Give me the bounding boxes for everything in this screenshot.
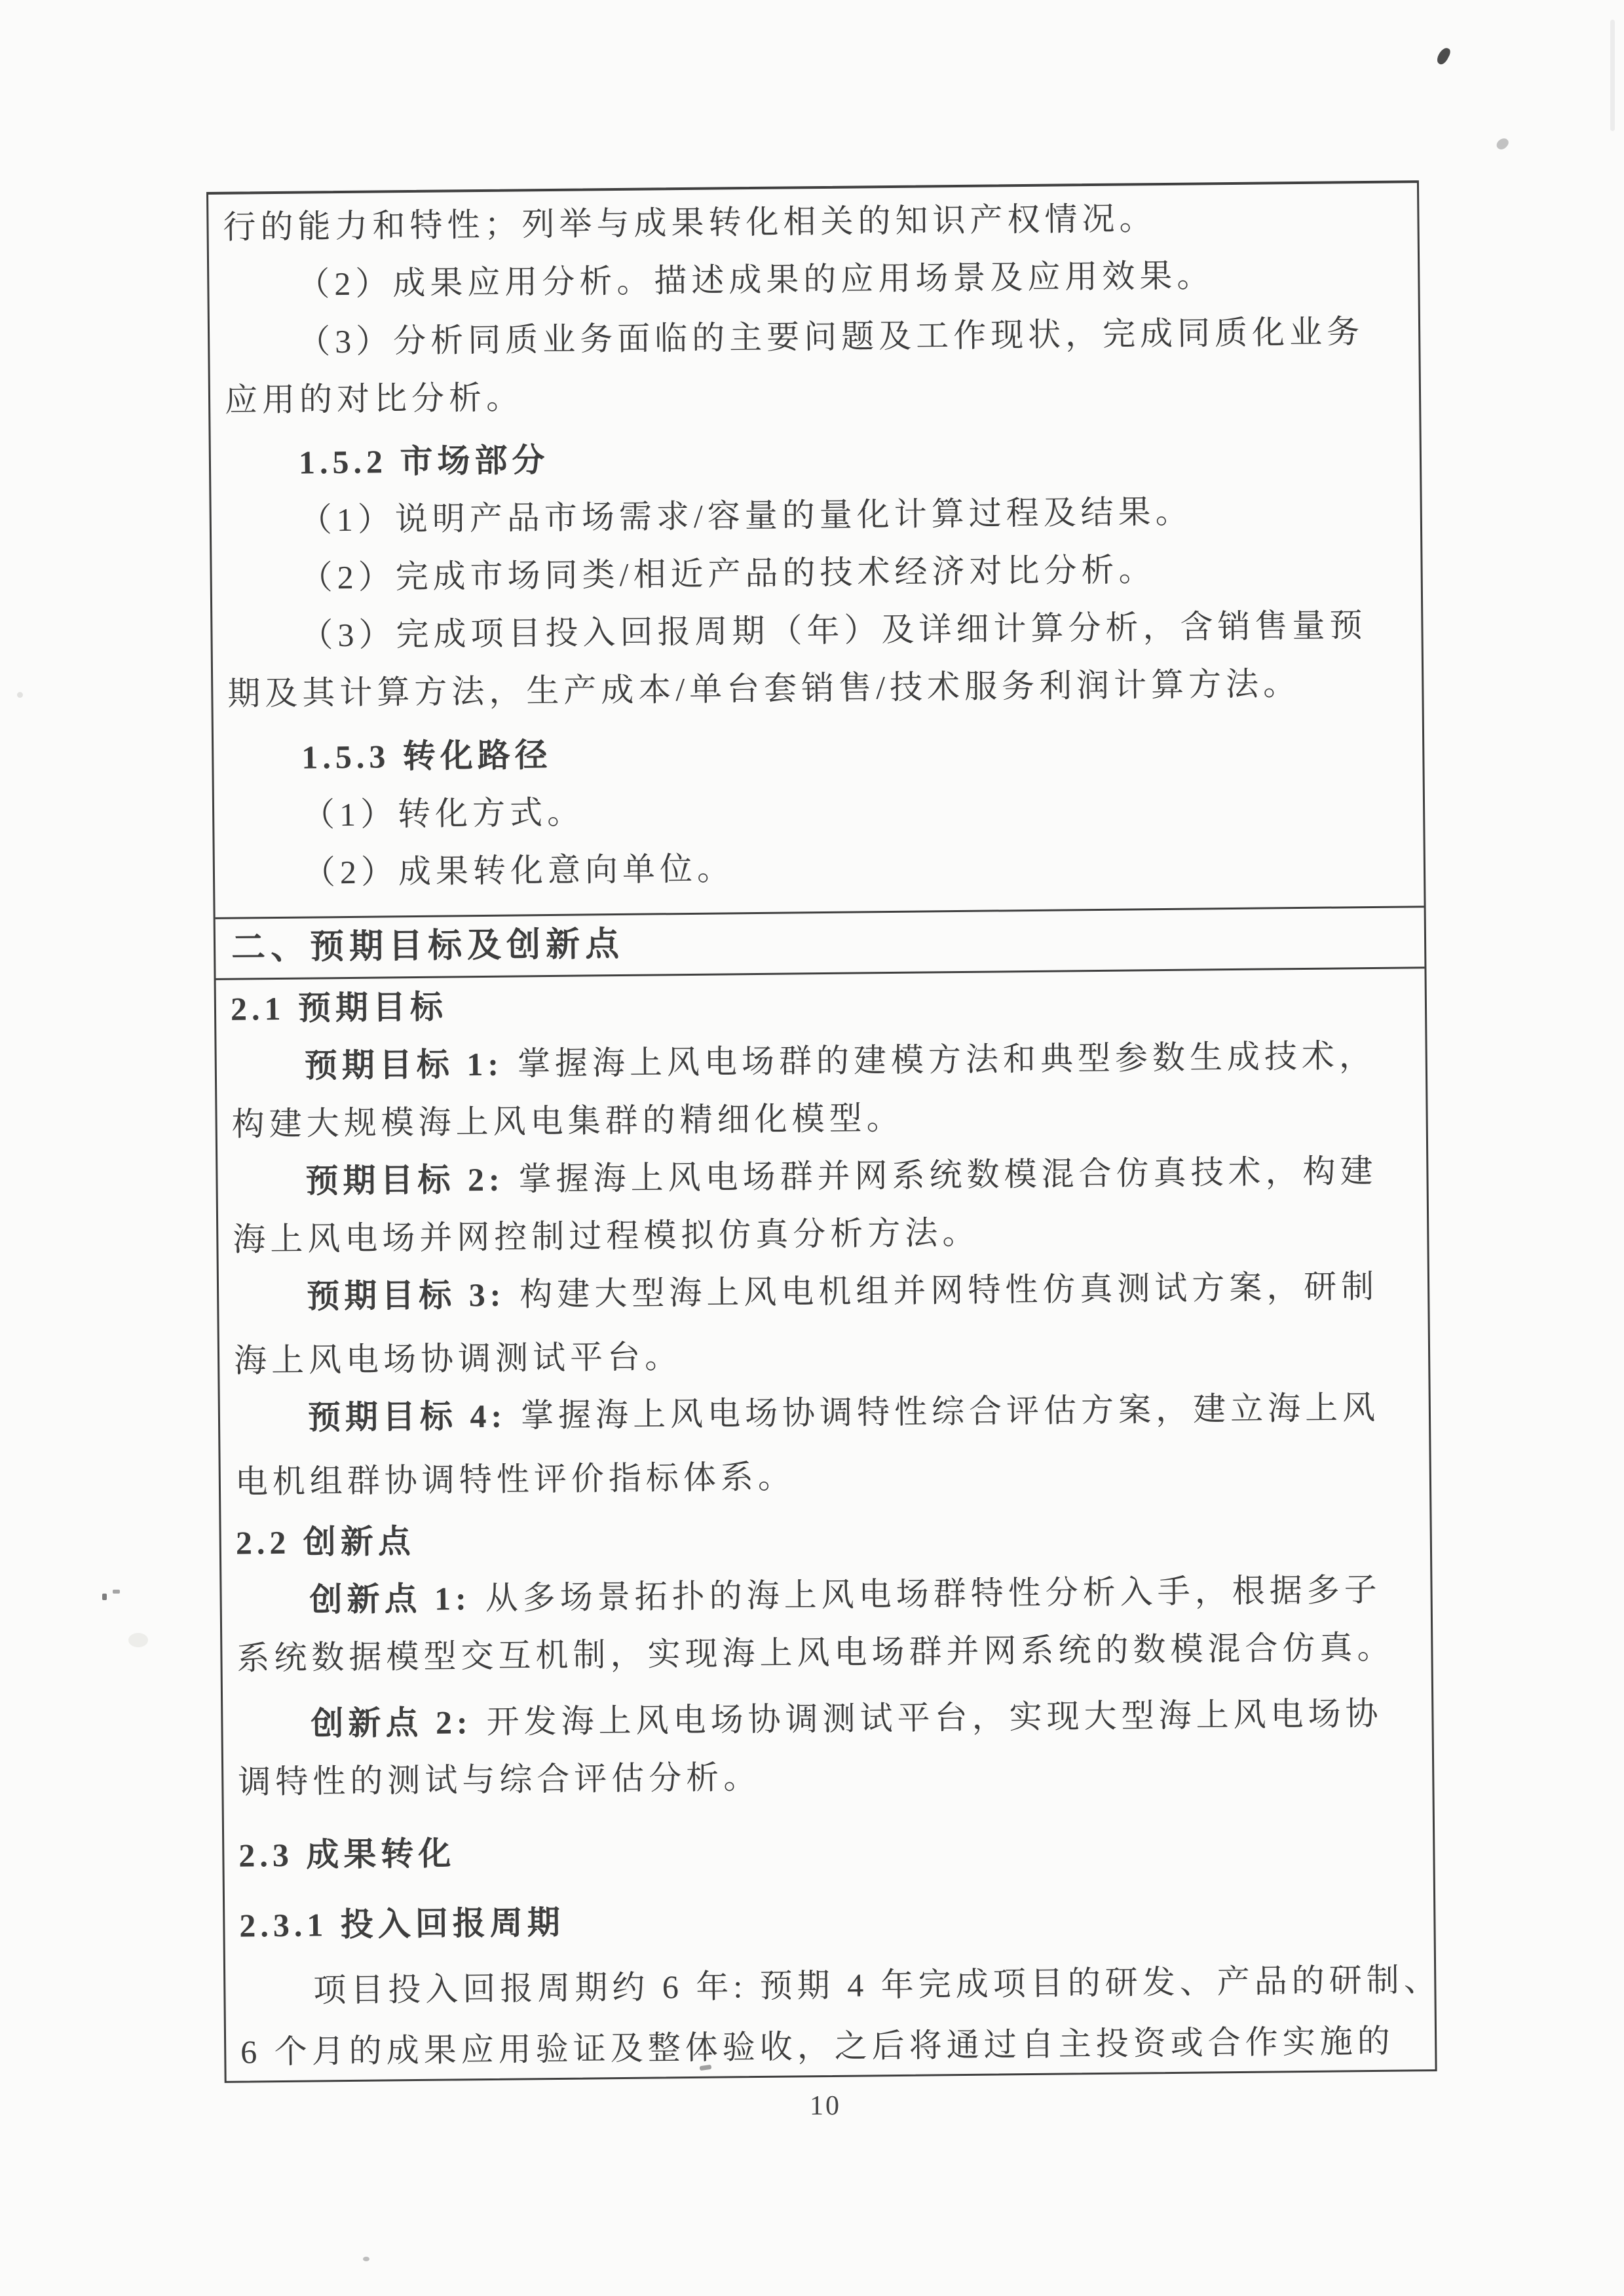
scan-speckle bbox=[363, 2257, 369, 2261]
heading-2-1: 2.1 预期目标 bbox=[231, 968, 1408, 1037]
scan-speckle bbox=[1495, 136, 1511, 151]
text-line: 6 个月的成果应用验证及整体验收，之后将通过自主投资或合作实施的 bbox=[240, 2012, 1418, 2080]
scan-speckle bbox=[113, 1590, 120, 1594]
text-line: 系统数据模型交互机制，实现海上风电场群并网系统的数模混合仿真。 bbox=[236, 1618, 1414, 1687]
heading-2-3: 2.3 成果转化 bbox=[238, 1815, 1416, 1884]
text-line: 预期目标 2:掌握海上风电场群并网系统数模混合仿真技术，构建 bbox=[232, 1141, 1410, 1210]
text-line: 创新点 2:开发海上风电场协调测试平台，实现大型海上风电场协 bbox=[237, 1684, 1415, 1753]
cell-goals-and-innovations: 2.1 预期目标 预期目标 1:掌握海上风电场群的建模方法和典型参数生成技术， … bbox=[216, 968, 1435, 2081]
text-line: 调特性的测试与综合评估分析。 bbox=[238, 1742, 1416, 1810]
goal-2-label: 预期目标 2: bbox=[305, 1161, 504, 1200]
text-line: 行的能力和特性；列举与成果转化相关的知识产权情况。 bbox=[223, 187, 1401, 256]
text-line: 构建大规模海上风电集群的精细化模型。 bbox=[231, 1084, 1409, 1153]
text-line: （1）转化方式。 bbox=[229, 775, 1407, 844]
goal-4-label: 预期目标 4: bbox=[308, 1398, 507, 1436]
text-line: 应用的对比分析。 bbox=[225, 360, 1403, 429]
goal-3-label: 预期目标 3: bbox=[307, 1276, 506, 1315]
text-line: （3）完成项目投入回报周期（年）及详细计算分析，含销售量预 bbox=[227, 596, 1405, 664]
section-divider-row: 二、预期目标及创新点 bbox=[216, 906, 1425, 980]
scan-speckle bbox=[17, 692, 23, 698]
text-line: 预期目标 3:构建大型海上风电机组并网特性仿真测试方案，研制 bbox=[233, 1257, 1411, 1326]
heading-2-3-1: 2.3.1 投入回报周期 bbox=[239, 1885, 1417, 1954]
goal-3-text: 构建大型海上风电机组并网特性仿真测试方案，研制 bbox=[519, 1268, 1378, 1313]
text-line: （1）说明产品市场需求/容量的量化计算过程及结果。 bbox=[225, 480, 1403, 549]
text-line: 预期目标 1:掌握海上风电场群的建模方法和典型参数生成技术， bbox=[231, 1026, 1408, 1095]
heading-2-2: 2.2 创新点 bbox=[235, 1502, 1413, 1571]
text-line: 预期目标 4:掌握海上风电场协调特性综合评估方案，建立海上风 bbox=[235, 1378, 1412, 1447]
goal-2-text: 掌握海上风电场群并网系统数模混合仿真技术，构建 bbox=[518, 1153, 1377, 1198]
text-line: 电机组群协调特性评价指标体系。 bbox=[235, 1442, 1412, 1510]
heading-1-5-3: 1.5.3 转化路径 bbox=[228, 717, 1406, 786]
text-line: 海上风电场协调测试平台。 bbox=[234, 1320, 1412, 1389]
page-number: 10 bbox=[773, 2090, 878, 2122]
goal-1-text: 掌握海上风电场群的建模方法和典型参数生成技术， bbox=[518, 1037, 1376, 1082]
scan-speckle bbox=[1610, 20, 1615, 131]
goal-4-text: 掌握海上风电场协调特性综合评估方案，建立海上风 bbox=[521, 1389, 1380, 1434]
scan-speckle bbox=[1435, 46, 1452, 66]
text-line: （3）分析同质业务面临的主要问题及工作现状，完成同质化业务 bbox=[224, 303, 1402, 372]
text-line: 海上风电场并网控制过程模拟仿真分析方法。 bbox=[233, 1199, 1410, 1268]
scan-speckle bbox=[128, 1633, 148, 1647]
innovation-1-text: 从多场景拓扑的海上风电场群特性分析入手，根据多子 bbox=[485, 1571, 1382, 1617]
innovation-1-label: 创新点 1: bbox=[309, 1580, 471, 1618]
section-title: 二、预期目标及创新点 bbox=[231, 926, 625, 967]
text-line: 创新点 1:从多场景拓扑的海上风电场群特性分析入手，根据多子 bbox=[236, 1560, 1414, 1629]
cell-transformation-requirements: 行的能力和特性；列举与成果转化相关的知识产权情况。 （2）成果应用分析。描述成果… bbox=[208, 183, 1424, 902]
text-line: （2）完成市场同类/相近产品的技术经济对比分析。 bbox=[226, 538, 1404, 607]
heading-1-5-2: 1.5.2 市场部分 bbox=[225, 423, 1403, 491]
text-line: 期及其计算方法，生产成本/单台套销售/技术服务利润计算方法。 bbox=[227, 653, 1405, 722]
document-table: 行的能力和特性；列举与成果转化相关的知识产权情况。 （2）成果应用分析。描述成果… bbox=[206, 180, 1437, 2083]
innovation-2-label: 创新点 2: bbox=[311, 1704, 472, 1742]
scan-speckle bbox=[102, 1594, 107, 1600]
scanned-document-page: { "page_number": "10", "box": { "top_sec… bbox=[0, 0, 1624, 2296]
text-line: （2）成果应用分析。描述成果的应用场景及应用效果。 bbox=[223, 245, 1401, 314]
text-line: （2）成果转化意向单位。 bbox=[229, 833, 1407, 902]
innovation-2-text: 开发海上风电场协调测试平台，实现大型海上风电场协 bbox=[486, 1695, 1382, 1740]
goal-1-label: 预期目标 1: bbox=[305, 1046, 504, 1084]
text-line: 项目投入回报周期约 6 年: 预期 4 年完成项目的研发、产品的研制、 bbox=[240, 1951, 1418, 2019]
